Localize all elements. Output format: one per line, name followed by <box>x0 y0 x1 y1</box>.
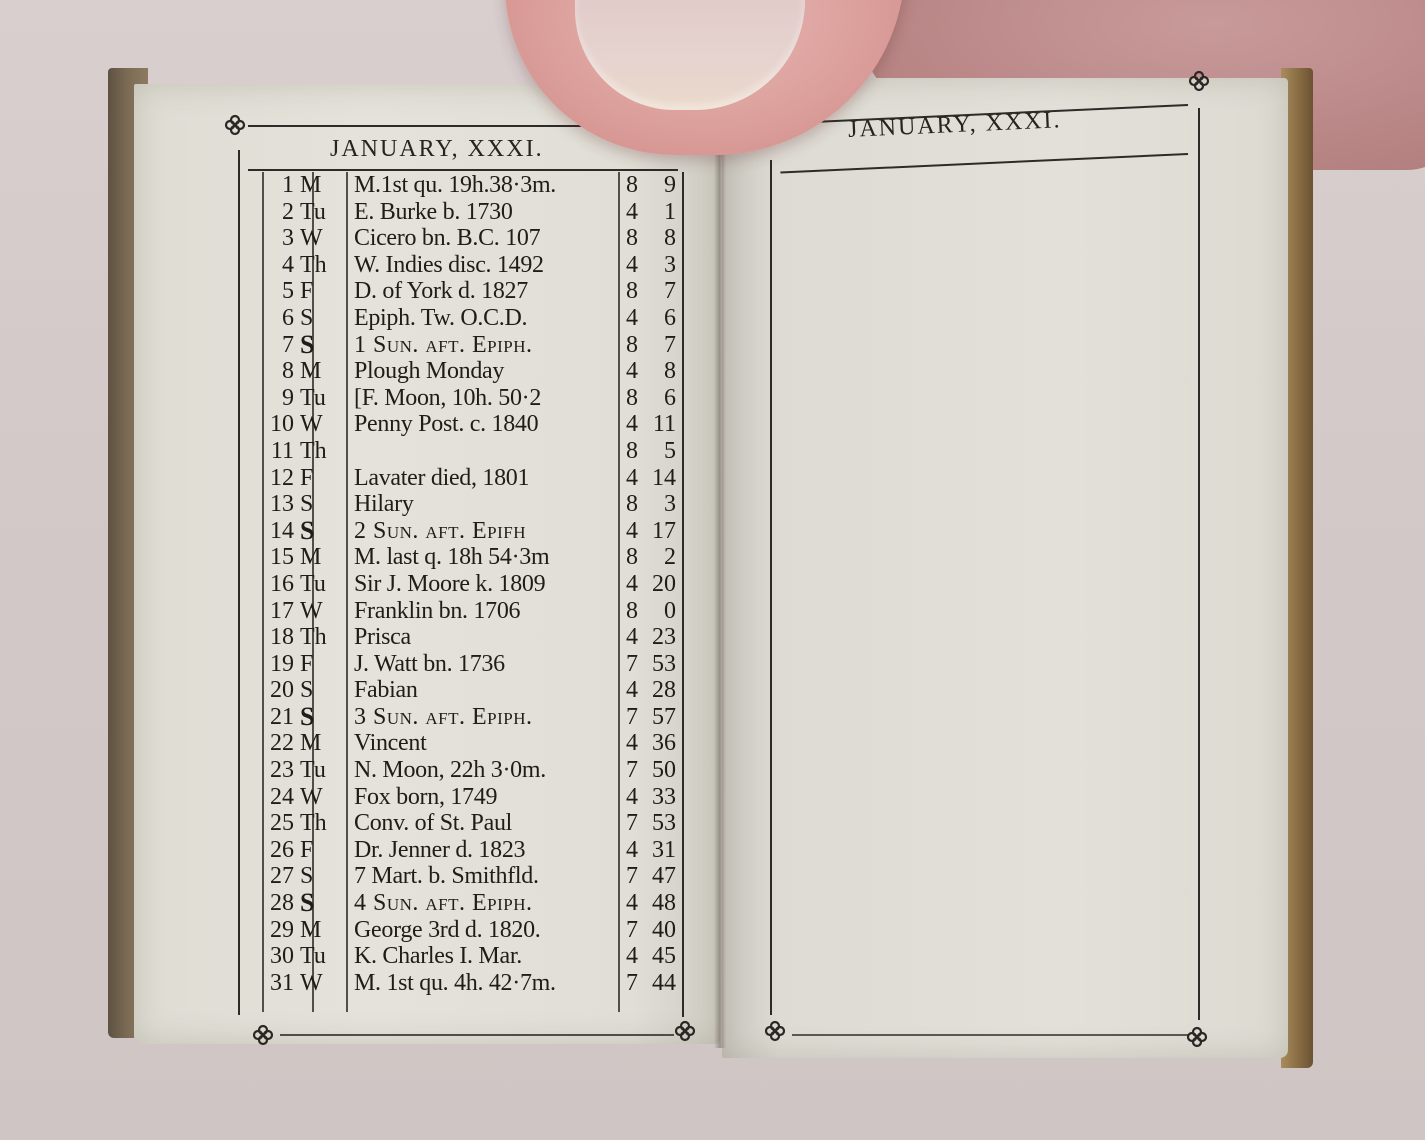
time-minute: 36 <box>644 730 676 757</box>
book-gutter <box>714 98 726 1048</box>
quatrefoil-ornament-icon <box>674 1020 696 1042</box>
weekday: Tu <box>300 943 350 970</box>
time-hour: 4 <box>622 730 642 757</box>
time-hour: 7 <box>622 917 642 944</box>
time-minute: 20 <box>644 571 676 598</box>
day-number: 9 <box>258 385 294 412</box>
weekday: M <box>300 917 350 944</box>
day-number: 21 <box>258 704 294 731</box>
time-hour: 8 <box>622 438 642 465</box>
time-minute: 8 <box>644 358 676 385</box>
time-hour: 7 <box>622 704 642 731</box>
weekday: S <box>300 890 350 917</box>
day-number: 28 <box>258 890 294 917</box>
time-hour: 4 <box>622 837 642 864</box>
time-hour: 8 <box>622 332 642 359</box>
table-row: 29MGeorge 3rd d. 1820.740 <box>258 917 678 944</box>
right-page-left-border <box>770 160 772 1015</box>
time-hour: 7 <box>622 651 642 678</box>
weekday: S <box>300 704 350 731</box>
weekday: W <box>300 598 350 625</box>
table-row: 21S3 Sun. aft. Epiph.757 <box>258 704 678 731</box>
time-hour: 8 <box>622 225 642 252</box>
table-row: 10WPenny Post. c. 1840411 <box>258 411 678 438</box>
day-number: 14 <box>258 518 294 545</box>
time-hour: 8 <box>622 385 642 412</box>
day-number: 1 <box>258 172 294 199</box>
table-row: 31WM. 1st qu. 4h. 42·7m.744 <box>258 970 678 997</box>
weekday: S <box>300 677 350 704</box>
time-minute: 40 <box>644 917 676 944</box>
right-page-right-border <box>1198 108 1200 1020</box>
time-minute: 14 <box>644 465 676 492</box>
time-minute: 0 <box>644 598 676 625</box>
time-minute: 6 <box>644 385 676 412</box>
day-number: 10 <box>258 411 294 438</box>
weekday: F <box>300 651 350 678</box>
left-border-line <box>238 150 240 1015</box>
day-number: 18 <box>258 624 294 651</box>
weekday: W <box>300 970 350 997</box>
time-minute: 7 <box>644 278 676 305</box>
time-minute: 48 <box>644 890 676 917</box>
time-hour: 4 <box>622 624 642 651</box>
right-footer-rule <box>792 1034 1188 1036</box>
table-row: 22MVincent436 <box>258 730 678 757</box>
table-row: 17WFranklin bn. 170680 <box>258 598 678 625</box>
time-minute: 47 <box>644 863 676 890</box>
time-minute: 3 <box>644 252 676 279</box>
day-number: 3 <box>258 225 294 252</box>
time-hour: 4 <box>622 890 642 917</box>
time-hour: 4 <box>622 411 642 438</box>
time-minute: 7 <box>644 332 676 359</box>
day-number: 25 <box>258 810 294 837</box>
day-number: 8 <box>258 358 294 385</box>
day-number: 27 <box>258 863 294 890</box>
day-number: 31 <box>258 970 294 997</box>
table-row: 1MM.1st qu. 19h.38·3m.89 <box>258 172 678 199</box>
day-number: 6 <box>258 305 294 332</box>
day-number: 4 <box>258 252 294 279</box>
weekday: M <box>300 544 350 571</box>
table-row: 6SEpiph. Tw. O.C.D.46 <box>258 305 678 332</box>
table-row: 28S4 Sun. aft. Epiph.448 <box>258 890 678 917</box>
quatrefoil-ornament-icon <box>224 114 246 136</box>
time-hour: 4 <box>622 199 642 226</box>
table-row: 26FDr. Jenner d. 1823431 <box>258 837 678 864</box>
time-hour: 4 <box>622 252 642 279</box>
table-row: 14S2 Sun. aft. Epifh417 <box>258 518 678 545</box>
quatrefoil-ornament-icon <box>1188 70 1210 92</box>
day-number: 30 <box>258 943 294 970</box>
day-number: 19 <box>258 651 294 678</box>
time-hour: 8 <box>622 278 642 305</box>
weekday: Th <box>300 252 350 279</box>
day-number: 15 <box>258 544 294 571</box>
quatrefoil-ornament-icon <box>252 1024 274 1046</box>
table-row: 11Th85 <box>258 438 678 465</box>
weekday: Th <box>300 810 350 837</box>
time-minute: 23 <box>644 624 676 651</box>
time-minute: 53 <box>644 651 676 678</box>
table-row: 7S1 Sun. aft. Epiph.87 <box>258 332 678 359</box>
time-minute: 1 <box>644 199 676 226</box>
header-top-rule <box>248 125 598 127</box>
time-minute: 57 <box>644 704 676 731</box>
time-minute: 9 <box>644 172 676 199</box>
day-number: 12 <box>258 465 294 492</box>
weekday: S <box>300 863 350 890</box>
time-minute: 6 <box>644 305 676 332</box>
quatrefoil-ornament-icon <box>1186 1026 1208 1048</box>
table-row: 4ThW. Indies disc. 149243 <box>258 252 678 279</box>
weekday: S <box>300 332 350 359</box>
day-number: 23 <box>258 757 294 784</box>
time-hour: 7 <box>622 863 642 890</box>
day-number: 22 <box>258 730 294 757</box>
day-number: 17 <box>258 598 294 625</box>
weekday: Tu <box>300 199 350 226</box>
time-minute: 5 <box>644 438 676 465</box>
table-row: 19FJ. Watt bn. 1736753 <box>258 651 678 678</box>
table-row: 8MPlough Monday48 <box>258 358 678 385</box>
table-row: 2TuE. Burke b. 173041 <box>258 199 678 226</box>
time-minute: 31 <box>644 837 676 864</box>
time-minute: 8 <box>644 225 676 252</box>
time-hour: 4 <box>622 784 642 811</box>
day-number: 2 <box>258 199 294 226</box>
table-row: 27S7 Mart. b. Smithfld.747 <box>258 863 678 890</box>
weekday: S <box>300 518 350 545</box>
table-row: 25ThConv. of St. Paul753 <box>258 810 678 837</box>
weekday: Th <box>300 624 350 651</box>
weekday: S <box>300 491 350 518</box>
day-number: 20 <box>258 677 294 704</box>
table-row: 13SHilary83 <box>258 491 678 518</box>
weekday: W <box>300 225 350 252</box>
table-row: 24WFox born, 1749433 <box>258 784 678 811</box>
time-hour: 7 <box>622 970 642 997</box>
table-row: 16TuSir J. Moore k. 1809420 <box>258 571 678 598</box>
weekday: F <box>300 278 350 305</box>
weekday: Th <box>300 438 350 465</box>
time-minute: 3 <box>644 491 676 518</box>
day-number: 11 <box>258 438 294 465</box>
day-number: 13 <box>258 491 294 518</box>
time-minute: 44 <box>644 970 676 997</box>
weekday: M <box>300 172 350 199</box>
time-hour: 4 <box>622 571 642 598</box>
time-hour: 8 <box>622 598 642 625</box>
time-hour: 4 <box>622 518 642 545</box>
calendar-table: 1MM.1st qu. 19h.38·3m.892TuE. Burke b. 1… <box>258 172 678 996</box>
table-row: 12FLavater died, 1801414 <box>258 465 678 492</box>
time-minute: 53 <box>644 810 676 837</box>
weekday: W <box>300 411 350 438</box>
time-minute: 33 <box>644 784 676 811</box>
table-row: 15MM. last q. 18h 54·3m82 <box>258 544 678 571</box>
time-hour: 4 <box>622 943 642 970</box>
table-row: 3WCicero bn. B.C. 10788 <box>258 225 678 252</box>
weekday: F <box>300 465 350 492</box>
table-row: 23TuN. Moon, 22h 3·0m.750 <box>258 757 678 784</box>
time-hour: 4 <box>622 465 642 492</box>
table-row: 30TuK. Charles I. Mar.445 <box>258 943 678 970</box>
weekday: W <box>300 784 350 811</box>
time-hour: 8 <box>622 544 642 571</box>
time-minute: 17 <box>644 518 676 545</box>
time-minute: 50 <box>644 757 676 784</box>
time-minute: 11 <box>644 411 676 438</box>
time-hour: 8 <box>622 491 642 518</box>
thumbnail <box>575 0 805 110</box>
time-minute: 2 <box>644 544 676 571</box>
time-hour: 4 <box>622 305 642 332</box>
day-number: 24 <box>258 784 294 811</box>
table-row: 20SFabian428 <box>258 677 678 704</box>
table-row: 9Tu[F. Moon, 10h. 50·286 <box>258 385 678 412</box>
time-hour: 8 <box>622 172 642 199</box>
day-number: 26 <box>258 837 294 864</box>
weekday: M <box>300 358 350 385</box>
weekday: Tu <box>300 385 350 412</box>
left-page-title: JANUARY, XXXI. <box>330 136 544 163</box>
time-hour: 7 <box>622 757 642 784</box>
weekday: Tu <box>300 571 350 598</box>
day-number: 7 <box>258 332 294 359</box>
weekday: F <box>300 837 350 864</box>
day-number: 5 <box>258 278 294 305</box>
time-minute: 45 <box>644 943 676 970</box>
table-row: 18ThPrisca423 <box>258 624 678 651</box>
time-hour: 4 <box>622 677 642 704</box>
time-hour: 7 <box>622 810 642 837</box>
table-row: 5FD. of York d. 182787 <box>258 278 678 305</box>
header-bottom-rule <box>248 169 678 171</box>
day-number: 16 <box>258 571 294 598</box>
quatrefoil-ornament-icon <box>764 1020 786 1042</box>
weekday: S <box>300 305 350 332</box>
time-minute: 28 <box>644 677 676 704</box>
footer-rule <box>280 1034 674 1036</box>
day-number: 29 <box>258 917 294 944</box>
right-page-body <box>790 180 1180 1000</box>
time-hour: 4 <box>622 358 642 385</box>
weekday: Tu <box>300 757 350 784</box>
weekday: M <box>300 730 350 757</box>
